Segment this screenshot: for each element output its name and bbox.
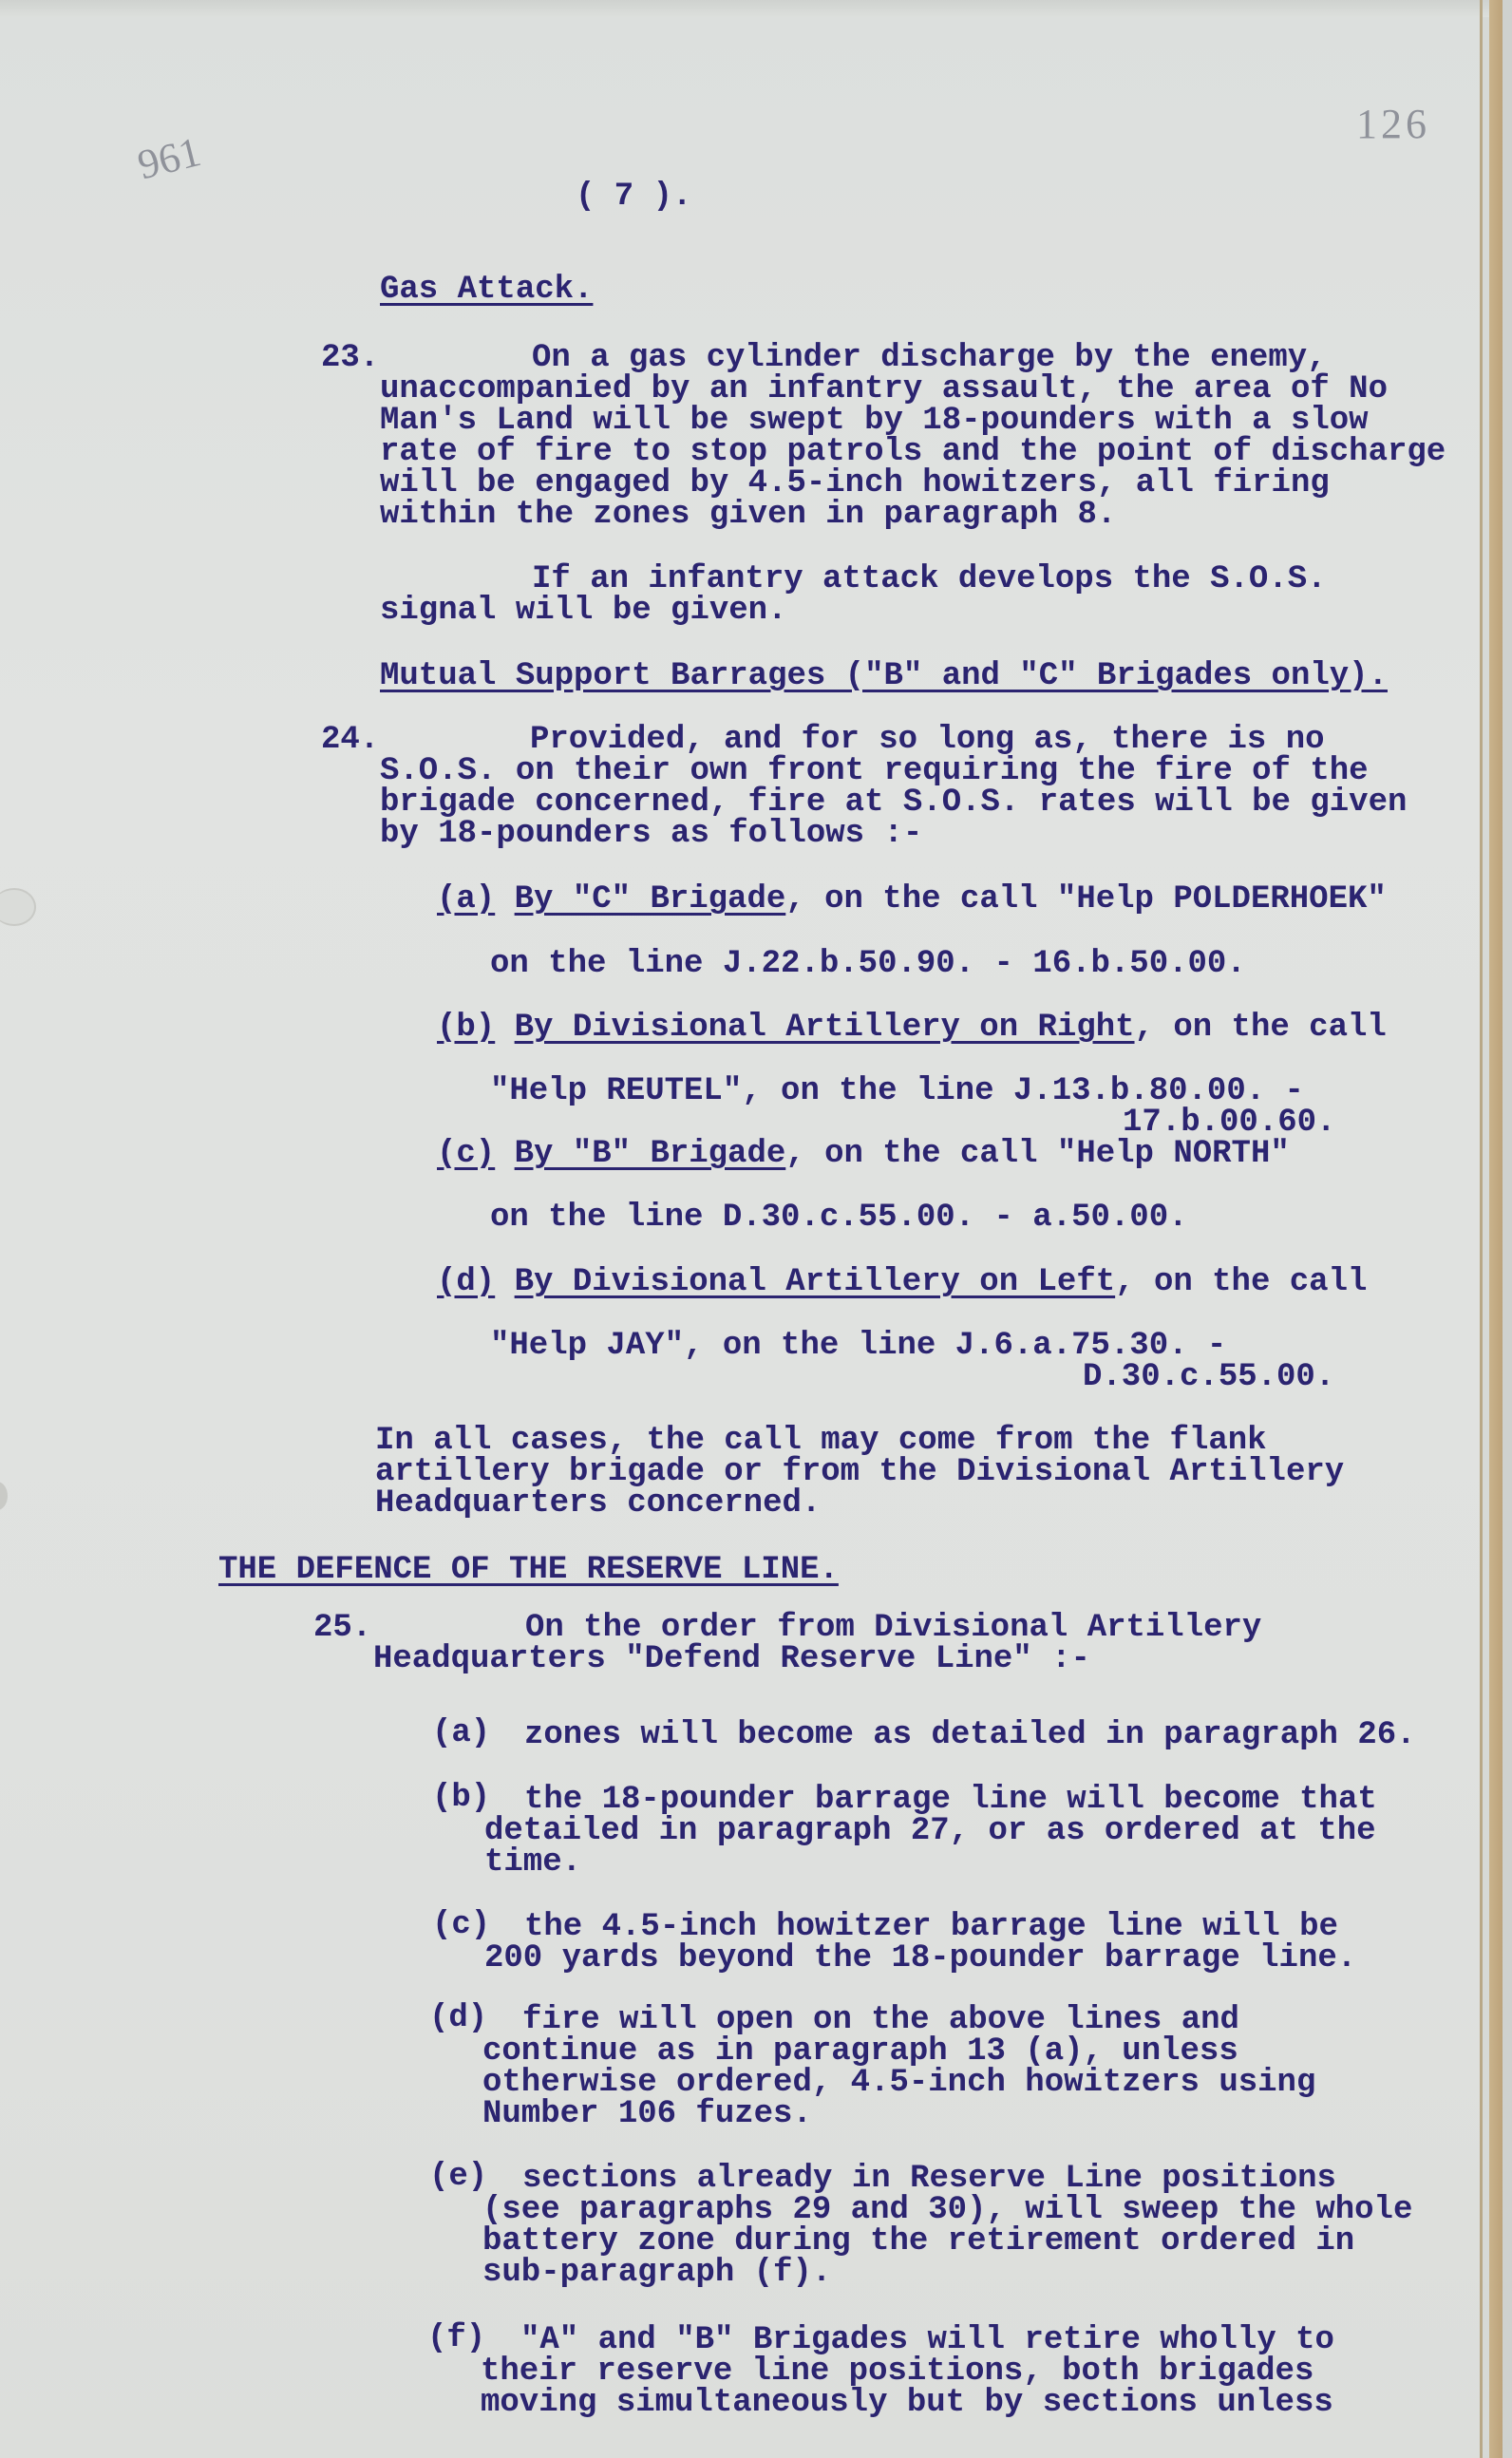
sub-item-line: moving simultaneously but by sections un…: [481, 2387, 1333, 2419]
sub-item-lead: By "C" Brigade: [515, 881, 786, 917]
sub-item-rest: , on the call "Help NORTH": [785, 1136, 1290, 1172]
sub-item-line: time.: [484, 1846, 581, 1879]
sub-item-label: (b): [437, 1010, 495, 1046]
para-23-line: Man's Land will be swept by 18-pounders …: [380, 405, 1369, 437]
para-23b-line: signal will be given.: [380, 595, 786, 627]
sub-item-a-line: on the line J.22.b.50.90. - 16.b.50.00.: [490, 948, 1246, 980]
para-24-line: by 18-pounders as follows :-: [380, 818, 922, 850]
sub-item-line: detailed in paragraph 27, or as ordered …: [484, 1815, 1376, 1847]
sub-item-line: otherwise ordered, 4.5-inch howitzers us…: [482, 2067, 1315, 2099]
para-24-line: S.O.S. on their own front requiring the …: [380, 755, 1369, 787]
sub-item-line: 200 yards beyond the 18-pounder barrage …: [484, 1942, 1356, 1975]
sub-item-label: (c): [432, 1909, 490, 1941]
sub-item-line: their reserve line positions, both briga…: [481, 2355, 1314, 2388]
para-23-line: will be engaged by 4.5-inch howitzers, a…: [380, 467, 1330, 500]
sub-item-lead: By Divisional Artillery on Left: [515, 1264, 1116, 1300]
paragraph-number-23: 23.: [321, 342, 379, 374]
closing-line: In all cases, the call may come from the…: [375, 1425, 1267, 1457]
page-edge: [1480, 0, 1483, 2458]
sub-item-label: (a): [437, 881, 495, 917]
sub-item-label: (e): [429, 2161, 487, 2193]
para-23-line: unaccompanied by an infantry assault, th…: [380, 373, 1388, 406]
para-23-line: rate of fire to stop patrols and the poi…: [380, 436, 1446, 468]
sub-item-line: sub-paragraph (f).: [482, 2257, 831, 2289]
sub-item-line: continue as in paragraph 13 (a), unless: [482, 2035, 1238, 2068]
sub-item-rest: , on the call: [1115, 1264, 1367, 1300]
para-23b-line: If an infantry attack develops the S.O.S…: [532, 563, 1327, 596]
folio-stamp-right: 126: [1356, 100, 1430, 148]
section-heading-gas-attack: Gas Attack.: [380, 274, 593, 306]
sub-item-b-line: "Help REUTEL", on the line J.13.b.80.00.…: [490, 1075, 1304, 1107]
para-24-line: Provided, and for so long as, there is n…: [530, 724, 1325, 756]
section-heading-reserve-line: THE DEFENCE OF THE RESERVE LINE.: [218, 1554, 839, 1586]
sub-item-line: sections already in Reserve Line positio…: [522, 2163, 1336, 2195]
sub-item-b-line: 17.b.00.60.: [1123, 1106, 1335, 1139]
section-heading-mutual-support: Mutual Support Barrages ("B" and "C" Bri…: [380, 660, 1388, 692]
sub-item-c: (c) By "B" Brigade, on the call "Help NO…: [437, 1138, 1290, 1170]
paragraph-number-24: 24.: [321, 724, 379, 756]
scan-top-shadow: [0, 0, 1512, 17]
sub-item-label: (b): [432, 1782, 490, 1814]
binding-strip: [1489, 0, 1503, 2458]
paragraph-number-25: 25.: [313, 1612, 371, 1644]
sub-item-d-line: D.30.c.55.00.: [1083, 1361, 1334, 1393]
sub-item-a: (a) By "C" Brigade, on the call "Help PO…: [437, 883, 1387, 916]
closing-line: artillery brigade or from the Divisional…: [375, 1456, 1344, 1488]
sub-item-b: (b) By Divisional Artillery on Right, on…: [437, 1012, 1387, 1044]
sub-item-d-line: "Help JAY", on the line J.6.a.75.30. -: [490, 1330, 1226, 1362]
sub-item-c-line: on the line D.30.c.55.00. - a.50.00.: [490, 1201, 1188, 1234]
sub-item-label: (f): [427, 2322, 485, 2354]
sub-item-label: (a): [432, 1717, 490, 1749]
para-24-line: brigade concerned, fire at S.O.S. rates …: [380, 786, 1407, 819]
sub-item-rest: , on the call "Help POLDERHOEK": [785, 881, 1387, 917]
sub-item-line: zones will become as detailed in paragra…: [524, 1719, 1416, 1751]
sub-item-label: (c): [437, 1136, 495, 1172]
sub-item-rest: , on the call: [1135, 1010, 1387, 1046]
para-25-line: Headquarters "Defend Reserve Line" :-: [373, 1643, 1090, 1675]
closing-line: Headquarters concerned.: [375, 1487, 821, 1520]
background-edge: [1503, 0, 1512, 2458]
sub-item-label: (d): [437, 1264, 495, 1300]
page-number: ( 7 ).: [576, 180, 691, 213]
sub-item-lead: By "B" Brigade: [515, 1136, 786, 1172]
sub-item-line: the 18-pounder barrage line will become …: [524, 1784, 1377, 1816]
sub-item-line: battery zone during the retirement order…: [482, 2225, 1354, 2258]
sub-item-line: fire will open on the above lines and: [522, 2004, 1239, 2036]
sub-item-line: "A" and "B" Brigades will retire wholly …: [520, 2324, 1334, 2356]
para-23-line: On a gas cylinder discharge by the enemy…: [532, 342, 1327, 374]
para-25-line: On the order from Divisional Artillery: [525, 1612, 1261, 1644]
para-23-line: within the zones given in paragraph 8.: [380, 499, 1116, 531]
sub-item-d: (d) By Divisional Artillery on Left, on …: [437, 1266, 1367, 1298]
sub-item-line: the 4.5-inch howitzer barrage line will …: [524, 1911, 1338, 1943]
sub-item-line: (see paragraphs 29 and 30), will sweep t…: [482, 2194, 1412, 2226]
sub-item-line: Number 106 fuzes.: [482, 2098, 812, 2130]
sub-item-lead: By Divisional Artillery on Right: [515, 1010, 1135, 1046]
sub-item-label: (d): [429, 2002, 487, 2034]
